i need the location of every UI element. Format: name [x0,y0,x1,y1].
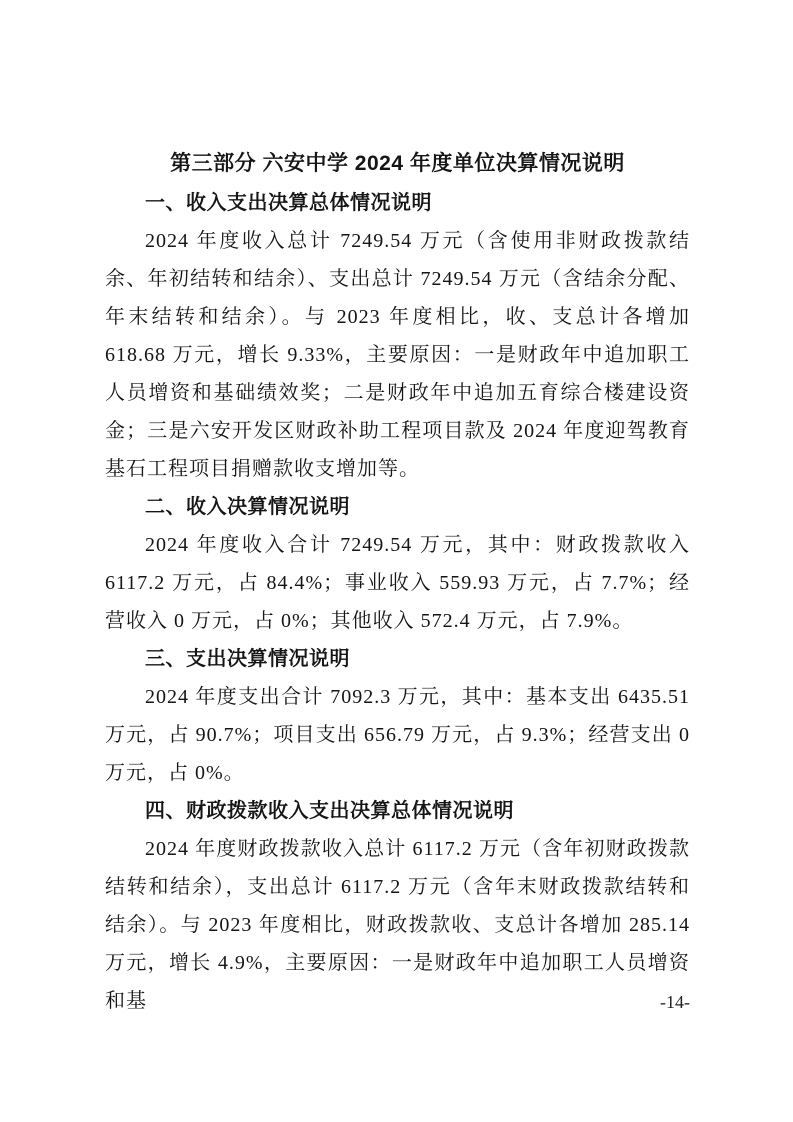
paragraph: 2024 年度收入合计 7249.54 万元，其中：财政拨款收入 6117.2 … [105,526,690,640]
section-income-expenditure-overview: 一、收入支出决算总体情况说明 2024 年度收入总计 7249.54 万元（含使… [105,184,690,488]
paragraph: 2024 年度收入总计 7249.54 万元（含使用非财政拨款结余、年初结转和结… [105,222,690,488]
section-heading: 一、收入支出决算总体情况说明 [105,184,690,222]
document-title: 第三部分 六安中学 2024 年度单位决算情况说明 [105,144,690,184]
section-heading: 三、支出决算情况说明 [105,640,690,678]
section-income-details: 二、收入决算情况说明 2024 年度收入合计 7249.54 万元，其中：财政拨… [105,488,690,640]
section-heading: 四、财政拨款收入支出决算总体情况说明 [105,792,690,830]
page-number: -14- [660,988,690,1016]
section-expenditure-details: 三、支出决算情况说明 2024 年度支出合计 7092.3 万元，其中：基本支出… [105,640,690,792]
section-fiscal-appropriation-overview: 四、财政拨款收入支出决算总体情况说明 2024 年度财政拨款收入总计 6117.… [105,792,690,1020]
document-page: 第三部分 六安中学 2024 年度单位决算情况说明 一、收入支出决算总体情况说明… [0,0,793,1122]
paragraph: 2024 年度财政拨款收入总计 6117.2 万元（含年初财政拨款结转和结余），… [105,830,690,1020]
section-heading: 二、收入决算情况说明 [105,488,690,526]
paragraph: 2024 年度支出合计 7092.3 万元，其中：基本支出 6435.51 万元… [105,678,690,792]
